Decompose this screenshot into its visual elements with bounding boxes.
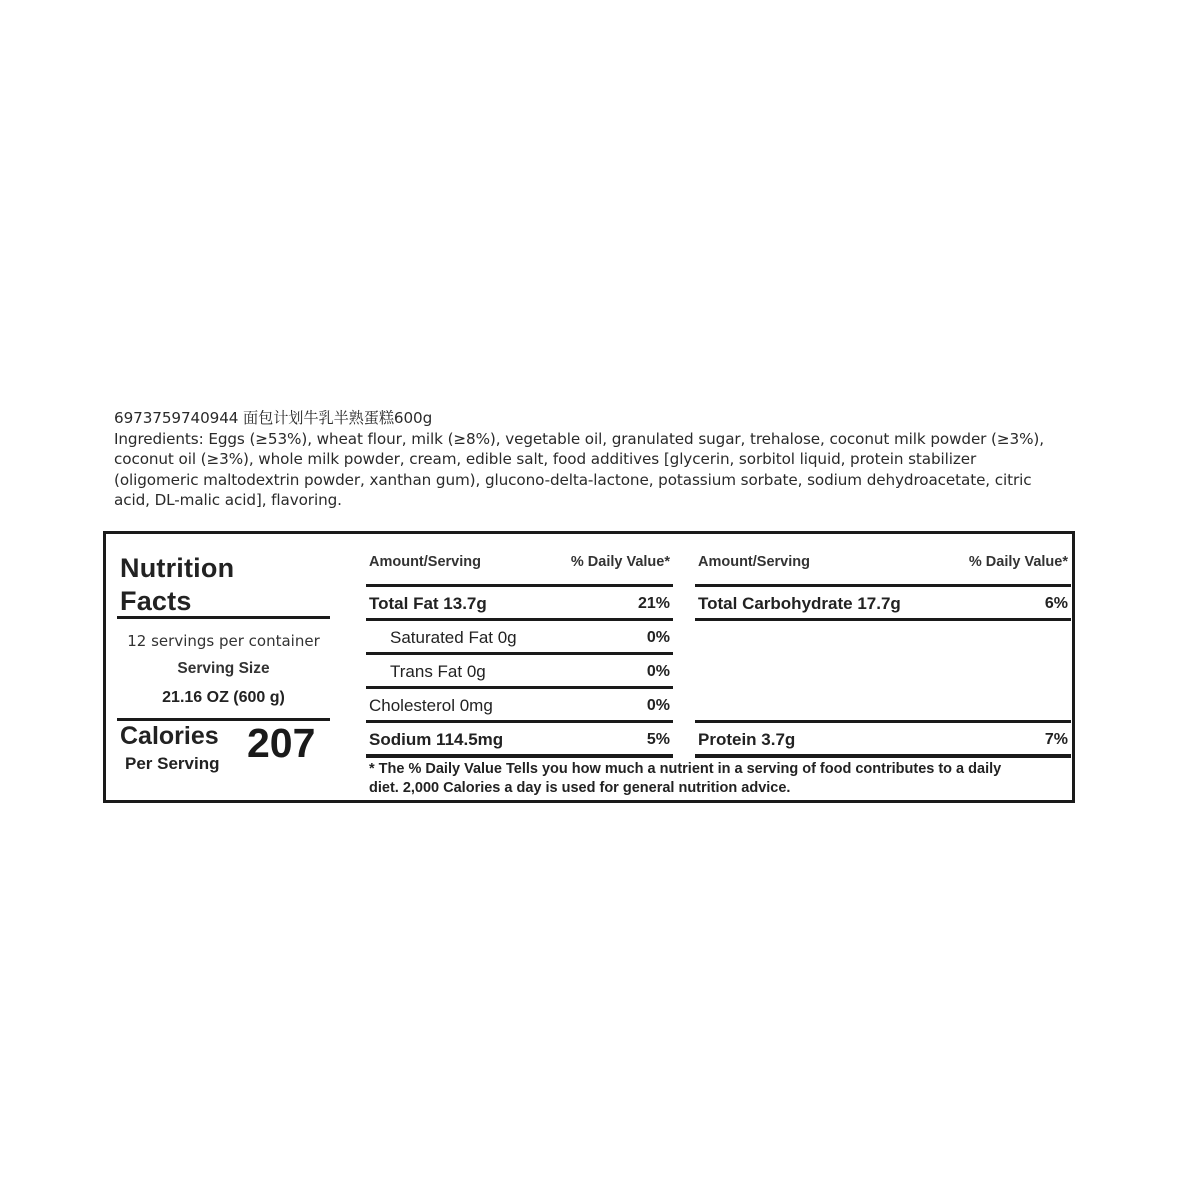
daily-value-footnote: * The % Daily Value Tells you how much a… [369,760,1069,798]
nutrient-daily-value: 21% [638,595,670,613]
ingredients-line: Ingredients: Eggs (≥53%), wheat flour, m… [114,429,1074,450]
nutrient-name: Protein 3.7g [698,730,795,750]
divider [695,584,1071,587]
nutrient-row: Cholesterol 0mg 0% [366,690,673,720]
servings-per-container: 12 servings per container [117,632,330,650]
divider [366,686,673,689]
divider [366,584,673,587]
nutrient-name: Total Carbohydrate 17.7g [698,594,901,614]
nutrient-name: Sodium 114.5mg [369,730,503,750]
divider [695,754,1071,758]
daily-value-header: % Daily Value* [571,554,670,570]
divider [366,754,673,758]
footnote-line: * The % Daily Value Tells you how much a… [369,760,1069,779]
nutrient-row: Sodium 114.5mg 5% [366,724,673,754]
column-header: Amount/Serving % Daily Value* [698,554,1068,570]
nutrition-facts-panel: Nutrition Facts 12 servings per containe… [103,531,1075,803]
serving-size-label: Serving Size [117,660,330,678]
ingredients-line: (oligomeric maltodextrin powder, xanthan… [114,470,1074,491]
nutrient-name: Saturated Fat 0g [390,628,517,648]
nutrition-facts-title: Nutrition Facts [120,552,234,618]
nutrient-row: Total Carbohydrate 17.7g 6% [695,588,1071,618]
nutrient-daily-value: 0% [647,697,670,715]
ingredients-line: acid, DL-malic acid], flavoring. [114,490,1074,511]
divider [695,618,1071,621]
divider [695,720,1071,723]
nutrient-row: Protein 3.7g 7% [695,724,1071,754]
footnote-line: diet. 2,000 Calories a day is used for g… [369,779,1069,798]
product-code-name: 6973759740944 面包计划牛乳半熟蛋糕600g [114,408,1074,429]
amount-serving-header: Amount/Serving [369,554,481,570]
nutrient-daily-value: 0% [647,663,670,681]
nutrient-row: Trans Fat 0g 0% [366,656,673,686]
product-header: 6973759740944 面包计划牛乳半熟蛋糕600g Ingredients… [114,408,1074,511]
divider [366,618,673,621]
nutrient-name: Total Fat 13.7g [369,594,487,614]
serving-size-value: 21.16 OZ (600 g) [117,689,330,707]
nutrient-daily-value: 7% [1045,731,1068,749]
divider [117,616,330,619]
ingredients-line: coconut oil (≥3%), whole milk powder, cr… [114,449,1074,470]
title-line: Nutrition [120,552,234,585]
nutrient-row: Total Fat 13.7g 21% [366,588,673,618]
nutrient-daily-value: 0% [647,629,670,647]
calories-value: 207 [247,720,315,767]
divider [366,652,673,655]
amount-serving-header: Amount/Serving [698,554,810,570]
nutrient-row: Saturated Fat 0g 0% [366,622,673,652]
divider [366,720,673,723]
daily-value-header: % Daily Value* [969,554,1068,570]
nutrient-daily-value: 6% [1045,595,1068,613]
column-header: Amount/Serving % Daily Value* [369,554,670,570]
calories-label: Calories [120,722,219,751]
title-line: Facts [120,585,234,618]
nutrient-daily-value: 5% [647,731,670,749]
calories-per-serving-label: Per Serving [125,754,220,774]
nutrient-name: Trans Fat 0g [390,662,486,682]
nutrient-name: Cholesterol 0mg [369,696,493,716]
